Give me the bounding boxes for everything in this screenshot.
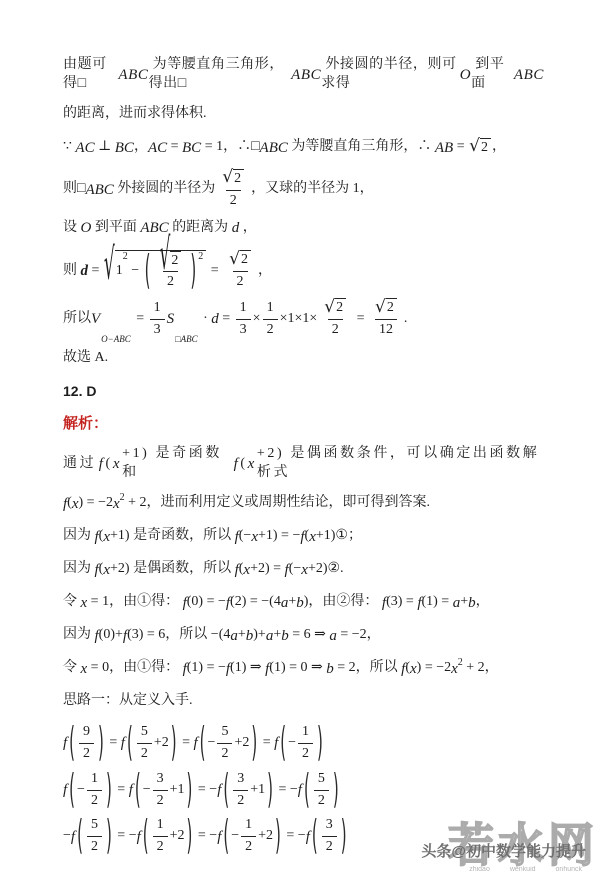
text-run: ABC xyxy=(291,65,321,85)
paren-content: 52+2 xyxy=(135,723,169,764)
watermark: 若水网 头条@初中数学能力提升 zhidao wenkuid onhunck xyxy=(370,812,600,876)
right-paren-icon: ) xyxy=(187,817,193,858)
text-run: 2 xyxy=(157,838,164,857)
text-run: +2) = xyxy=(250,560,284,579)
paren-group: (−12+2) xyxy=(221,816,283,857)
left-paren-icon: ( xyxy=(127,723,133,764)
text-run: 2 xyxy=(234,170,241,189)
text-run: 2 xyxy=(83,745,90,764)
text-run: 为等腰直角三角形，∴ xyxy=(288,138,435,157)
document-page: { "page": { "background": "#ffffff", "te… xyxy=(0,0,600,876)
paren-content: −12 xyxy=(288,723,315,764)
text-run: = − xyxy=(194,827,217,846)
left-paren-icon: ( xyxy=(135,770,141,811)
text-run: − xyxy=(63,827,71,846)
left-paren-icon: ( xyxy=(77,817,83,858)
text-run: = 1，∴□ xyxy=(201,138,259,157)
left-paren-icon: ( xyxy=(304,770,310,811)
solution-line-18: 思路一：从定义入手. xyxy=(63,690,544,714)
text-run: − xyxy=(128,262,143,281)
text-run: 外接圆的半径，则可求得 xyxy=(321,56,460,94)
text-run: 2 xyxy=(91,838,98,857)
text-run: = 1，由①得： xyxy=(87,593,182,612)
text-run: a xyxy=(281,593,289,613)
denominator: 2 xyxy=(298,743,313,764)
text-run: x xyxy=(81,659,88,679)
text-run: 2 xyxy=(245,838,252,857)
fraction: 32 xyxy=(322,816,337,857)
fraction: 92 xyxy=(79,723,94,764)
right-paren-icon: ) xyxy=(251,723,257,764)
text-run: AB xyxy=(435,138,453,158)
text-run: 1 xyxy=(245,816,252,835)
text-run: = − xyxy=(275,781,298,800)
answer-line-12d: 12. D xyxy=(63,379,544,403)
text-run: ⊥ xyxy=(95,138,115,157)
text-run: d xyxy=(81,261,89,281)
text-run: 3 xyxy=(326,816,333,835)
text-run: 2 xyxy=(481,139,488,158)
right-paren-icon: ) xyxy=(171,723,177,764)
text-run: + xyxy=(288,593,296,612)
text-run: = 2，所以 xyxy=(334,659,401,678)
radicand: 12 − (√22)2 xyxy=(115,250,206,293)
text-run: 3 xyxy=(240,321,247,340)
left-paren-icon: ( xyxy=(69,770,75,811)
text-run: (2) = −(4 xyxy=(230,593,281,612)
solution-line-7: 所以VO−ABC = 13S□ABC · d = 13×12×1×1×√22 =… xyxy=(63,298,544,340)
solution-line-8: 故选 A. xyxy=(63,346,544,370)
left-paren-icon: ( xyxy=(69,723,75,764)
solution-line-17: 令 x = 0，由①得： f(1) = −f(1) ⇒ f(1) = 0 ⇒ b… xyxy=(63,657,544,681)
fraction: √212 xyxy=(370,298,402,340)
text-run: 3 xyxy=(154,321,161,340)
text-run: 令 xyxy=(63,659,81,678)
text-run: x xyxy=(309,527,316,547)
fraction: √22 xyxy=(217,169,249,211)
text-run: d xyxy=(211,309,219,329)
text-run: BC xyxy=(115,138,134,158)
fraction: 52 xyxy=(137,723,152,764)
text-run: = xyxy=(106,734,121,753)
text-run: (0)+ xyxy=(99,626,123,645)
text-run: ) = −2 xyxy=(417,659,451,678)
text-run: BC xyxy=(182,138,201,158)
solution-line-14: 因为 f(x+2) 是偶函数，所以 f(x+2) = f(−x+2)②. xyxy=(63,558,544,582)
numerator: 1 xyxy=(241,816,256,836)
text-run: 2 xyxy=(157,792,164,811)
paren-content: 52 xyxy=(85,816,104,857)
right-paren-icon: ) xyxy=(106,770,112,811)
text-run: x xyxy=(251,527,258,547)
numerator: √2 xyxy=(155,251,187,272)
radical-icon: √ xyxy=(222,169,233,186)
text-run: (− xyxy=(239,527,252,546)
square-root: √2 xyxy=(160,251,182,271)
paren-content: 52 xyxy=(312,770,331,811)
text-run: a xyxy=(453,593,461,613)
numerator: 1 xyxy=(150,299,165,319)
paren-content: −12+2 xyxy=(231,816,273,857)
text-run: (0) = − xyxy=(187,593,226,612)
right-paren-icon: ) xyxy=(106,817,112,858)
text-run: ABC xyxy=(85,180,113,200)
text-run: (1) = 0 ⇒ xyxy=(269,659,326,678)
text-run: x xyxy=(103,527,110,547)
text-run: 2 xyxy=(91,792,98,811)
text-run: = xyxy=(219,310,234,329)
denominator: 2 xyxy=(217,743,232,764)
numerator: √2 xyxy=(224,250,256,271)
text-run: 则□ xyxy=(63,180,85,199)
text-run: 2 xyxy=(141,745,148,764)
text-run: 由题可得□ xyxy=(63,56,118,94)
solution-document: 由题可得□ABC 为等腰直角三角形，得出□ABC 外接圆的半径，则可求得 O 到… xyxy=(0,0,600,857)
text-run: x xyxy=(301,560,308,580)
text-run: +2 xyxy=(170,827,185,846)
text-run: ， xyxy=(476,593,490,612)
text-run: ， xyxy=(239,219,257,238)
text-run: · xyxy=(200,310,212,329)
fraction: √22 xyxy=(319,298,351,340)
text-run: 2 xyxy=(326,838,333,857)
fraction: 52 xyxy=(87,816,102,857)
text-run: f xyxy=(234,454,241,474)
right-paren-icon: ) xyxy=(317,723,323,764)
text-run: (3) = xyxy=(386,593,417,612)
numerator: √2 xyxy=(217,169,249,190)
left-paren-icon: ( xyxy=(223,817,229,858)
text-run: 3 xyxy=(157,770,164,789)
text-run: = xyxy=(207,262,222,281)
denominator: 2 xyxy=(233,271,248,292)
solution-line-3: ∵ AC ⊥ BC，AC = BC = 1，∴□ABC 为等腰直角三角形，∴ A… xyxy=(63,136,544,160)
text-run: 为等腰直角三角形，得出□ xyxy=(149,56,292,94)
solution-line-13: 因为 f(x+1) 是奇函数，所以 f(−x+1) = −f(x+1)①； xyxy=(63,525,544,549)
text-run: x xyxy=(243,560,250,580)
numerator: 3 xyxy=(233,770,248,790)
square-root: √2 xyxy=(222,169,244,189)
solution-line-6: 则 d = √12 − (√22)2 = √22， xyxy=(63,250,544,293)
text-run: 2 xyxy=(230,192,237,211)
text-run: = xyxy=(114,781,129,800)
fraction: 13 xyxy=(236,299,251,340)
paren-content: 12+2 xyxy=(151,816,185,857)
text-run: ，又球的半径为 1， xyxy=(251,180,374,199)
text-run: 因为 xyxy=(63,560,95,579)
text-run: = − xyxy=(283,827,306,846)
numerator: 5 xyxy=(314,770,329,790)
text-run: 2 xyxy=(332,321,339,340)
denominator: 3 xyxy=(150,319,165,340)
fraction: 13 xyxy=(150,299,165,340)
paren-group: (32+1) xyxy=(221,770,275,811)
denominator: 3 xyxy=(236,319,251,340)
text-run: − xyxy=(231,827,239,846)
text-run: )+ xyxy=(253,626,266,645)
numerator: 1 xyxy=(87,770,102,790)
superscript: 2 xyxy=(198,250,203,264)
radical-icon: √ xyxy=(104,246,115,289)
text-run: AC xyxy=(75,138,94,158)
numerator: 3 xyxy=(322,816,337,836)
text-run: 2 xyxy=(336,299,343,318)
left-paren-icon: ( xyxy=(143,817,149,858)
denominator: 2 xyxy=(79,743,94,764)
paren-content: √22 xyxy=(153,251,189,293)
text-run: = xyxy=(353,310,368,329)
text-run: (− xyxy=(289,560,302,579)
text-run: 到平面 xyxy=(471,56,514,94)
text-run: 2 xyxy=(237,273,244,292)
right-paren-icon: ) xyxy=(187,770,193,811)
radicand: 2 xyxy=(386,298,397,318)
numerator: 3 xyxy=(153,770,168,790)
text-run: ) = −2 xyxy=(79,494,113,513)
paren-content: −32+1 xyxy=(143,770,185,811)
text-run: × xyxy=(253,310,261,329)
text-run: + xyxy=(273,626,281,645)
radicand: 2 xyxy=(170,251,181,271)
text-run: x xyxy=(103,560,110,580)
paren-group: (√22) xyxy=(143,251,199,293)
text-run: +1 xyxy=(250,781,265,800)
text-run: ( xyxy=(240,455,247,474)
radical-icon: √ xyxy=(324,299,335,316)
radical-icon: √ xyxy=(469,138,480,155)
text-run: = xyxy=(259,734,274,753)
right-paren-icon: ) xyxy=(333,770,339,811)
text-run: )，由②得： xyxy=(304,593,382,612)
text-run: 3 xyxy=(237,770,244,789)
text-run: 12 xyxy=(379,321,393,340)
denominator: 2 xyxy=(233,790,248,811)
text-run: +1) 是奇函数，所以 xyxy=(110,527,235,546)
text-run: 2 xyxy=(171,252,178,271)
text-run: = xyxy=(133,310,148,329)
square-root: √2 xyxy=(375,298,397,318)
paren-group: (32) xyxy=(310,816,349,857)
text-run: x xyxy=(410,659,417,679)
text-run: ( xyxy=(106,455,113,474)
text-run: AC xyxy=(148,138,167,158)
text-run: = xyxy=(179,734,194,753)
denominator: 2 xyxy=(322,836,337,857)
right-paren-icon: ) xyxy=(267,770,273,811)
text-run: − xyxy=(288,734,296,753)
text-run: b xyxy=(246,626,254,646)
text-run: (1) ⇒ xyxy=(230,659,265,678)
text-run: b xyxy=(281,626,289,646)
text-run: 则 xyxy=(63,262,81,281)
text-run: 1 xyxy=(91,770,98,789)
denominator: 2 xyxy=(153,836,168,857)
numerator: 9 xyxy=(79,723,94,743)
left-paren-icon: ( xyxy=(312,817,318,858)
text-run: = − xyxy=(114,827,137,846)
text-run: 外接圆的半径为 xyxy=(114,180,216,199)
text-run: = − xyxy=(194,781,217,800)
text-run: ， xyxy=(492,138,506,157)
solution-line-12: f(x) = −2x2 + 2，进而利用定义或周期性结论，即可得到答案. xyxy=(63,492,544,516)
right-paren-icon: ) xyxy=(98,723,104,764)
text-run: (1) = xyxy=(421,593,452,612)
numerator: 5 xyxy=(217,723,232,743)
text-run: 的距离为 xyxy=(169,219,232,238)
text-run: = xyxy=(167,138,182,157)
text-run: 故选 A. xyxy=(63,349,108,368)
text-run: b xyxy=(326,659,334,679)
text-run: − xyxy=(143,781,151,800)
text-run: a xyxy=(266,626,274,646)
solution-line-15: 令 x = 1，由①得： f(0) = −f(2) = −(4a+b)，由②得：… xyxy=(63,591,544,615)
paren-content: −52+2 xyxy=(208,723,250,764)
text-run: 因为 xyxy=(63,626,95,645)
text-run: = xyxy=(453,138,468,157)
text-run: 到平面 xyxy=(91,219,140,238)
numerator: 1 xyxy=(298,723,313,743)
left-paren-icon: ( xyxy=(200,723,206,764)
text-run: 5 xyxy=(221,723,228,742)
numerator: 5 xyxy=(137,723,152,743)
text-run: x xyxy=(248,454,257,474)
paren-content: 32 xyxy=(320,816,339,857)
text-run: . xyxy=(404,310,408,329)
text-run: 解析： xyxy=(63,414,108,434)
text-run: 思路一：从定义入手. xyxy=(63,692,193,711)
numerator: 1 xyxy=(153,816,168,836)
text-run: 2 xyxy=(302,745,309,764)
right-paren-icon: ) xyxy=(341,817,347,858)
denominator: 2 xyxy=(87,790,102,811)
paren-group: (12+2) xyxy=(141,816,195,857)
radical-icon: √ xyxy=(160,235,171,278)
text-run: 5 xyxy=(91,816,98,835)
square-root: √2 xyxy=(324,298,346,318)
text-run: 2 xyxy=(387,299,394,318)
text-run: + 2， xyxy=(463,659,499,678)
text-run: 2 xyxy=(237,792,244,811)
radicand: 2 xyxy=(240,250,251,270)
fraction: 32 xyxy=(233,770,248,811)
paren-group: (−12) xyxy=(278,723,325,764)
text-run: (3) = 6，所以 −(4 xyxy=(127,626,230,645)
numerator: √2 xyxy=(370,298,402,319)
text-run: O xyxy=(460,65,471,85)
text-run: 1 xyxy=(302,723,309,742)
text-run: 所以 xyxy=(63,310,91,329)
radicand: 2 xyxy=(233,169,244,189)
fraction: 12 xyxy=(298,723,313,764)
denominator: 2 xyxy=(263,319,278,340)
text-run: 设 xyxy=(63,219,81,238)
text-run: 5 xyxy=(141,723,148,742)
paren-group: (52+2) xyxy=(125,723,179,764)
solution-line-2: 的距离，进而求得体积. xyxy=(63,103,544,127)
text-run: a xyxy=(230,626,238,646)
paren-group: (52) xyxy=(302,770,341,811)
text-run: +2 xyxy=(154,734,169,753)
text-run: 1 xyxy=(116,262,123,281)
right-paren-icon: ) xyxy=(190,251,196,292)
text-run: +2) 是偶函数，所以 xyxy=(110,560,235,579)
text-run: x xyxy=(72,494,79,514)
radicand: 2 xyxy=(480,138,491,158)
paren-group: (−32+1) xyxy=(133,770,195,811)
text-run: 2 xyxy=(221,745,228,764)
text-run: 2 xyxy=(241,251,248,270)
solution-line-11: 通过 f(x+1) 是奇函数和 f(x+2) 是偶函数条件，可以确定出函数解析式 xyxy=(63,445,544,483)
numerator: 5 xyxy=(87,816,102,836)
right-paren-icon: ) xyxy=(275,817,281,858)
analysis-label: 解析： xyxy=(63,412,544,436)
text-run: − xyxy=(77,781,85,800)
fraction: 32 xyxy=(153,770,168,811)
text-run: + 2，进而利用定义或周期性结论，即可得到答案. xyxy=(125,494,430,513)
radical-icon: √ xyxy=(229,251,240,268)
text-run: x xyxy=(113,494,120,514)
text-run: 2 xyxy=(267,321,274,340)
fraction: 52 xyxy=(217,723,232,764)
text-run: = xyxy=(88,262,103,281)
text-run: b xyxy=(296,593,304,613)
text-run: f xyxy=(99,454,106,474)
watermark-small-word: wenkuid xyxy=(510,866,536,873)
paren-content: −12 xyxy=(77,770,104,811)
text-run: S xyxy=(167,309,175,329)
subscript: □ABC xyxy=(175,333,197,345)
text-run: 1 xyxy=(240,299,247,318)
text-run: ABC xyxy=(514,65,544,85)
watermark-small-word: onhunck xyxy=(556,866,582,873)
radicand: 2 xyxy=(335,298,346,318)
denominator: 2 xyxy=(328,319,343,340)
text-run: +1 xyxy=(170,781,185,800)
fraction: 12 xyxy=(263,299,278,340)
paren-group: (−52+2) xyxy=(198,723,260,764)
numerator: √2 xyxy=(319,298,351,319)
left-paren-icon: ( xyxy=(223,770,229,811)
text-run: 的距离，进而求得体积. xyxy=(63,105,207,124)
solution-line-19: f(92) = f(52+2) = f(−52+2) = f(−12) xyxy=(63,723,544,764)
solution-line-5: 设 O 到平面 ABC 的距离为 d ， xyxy=(63,217,544,241)
solution-line-20: f(−12) = f(−32+1) = −f(32+1) = −f(52) xyxy=(63,770,544,811)
text-run: d xyxy=(232,218,240,238)
text-run: 5 xyxy=(318,770,325,789)
numerator: 1 xyxy=(263,299,278,319)
fraction: 12 xyxy=(241,816,256,857)
denominator: 12 xyxy=(375,319,397,340)
numerator: 1 xyxy=(236,299,251,319)
square-root: √2 xyxy=(229,250,251,270)
text-run: (1) = − xyxy=(187,659,226,678)
text-run: 1 xyxy=(267,299,274,318)
denominator: 2 xyxy=(153,790,168,811)
text-run: 1 xyxy=(157,816,164,835)
text-run: 1 xyxy=(154,299,161,318)
text-run: V xyxy=(91,309,100,329)
square-root: √12 − (√22)2 xyxy=(104,250,206,293)
denominator: 2 xyxy=(226,190,241,211)
watermark-source-text: 头条@初中数学能力提升 xyxy=(421,840,586,861)
fraction: 12 xyxy=(87,770,102,811)
text-run: +1)①； xyxy=(316,527,362,546)
solution-line-16: 因为 f(0)+f(3) = 6，所以 −(4a+b)+a+b = 6 ⇒ a … xyxy=(63,624,544,648)
text-run: x xyxy=(81,593,88,613)
text-run: ∵ xyxy=(63,138,75,157)
denominator: 2 xyxy=(87,836,102,857)
text-run: ABC xyxy=(260,138,288,158)
